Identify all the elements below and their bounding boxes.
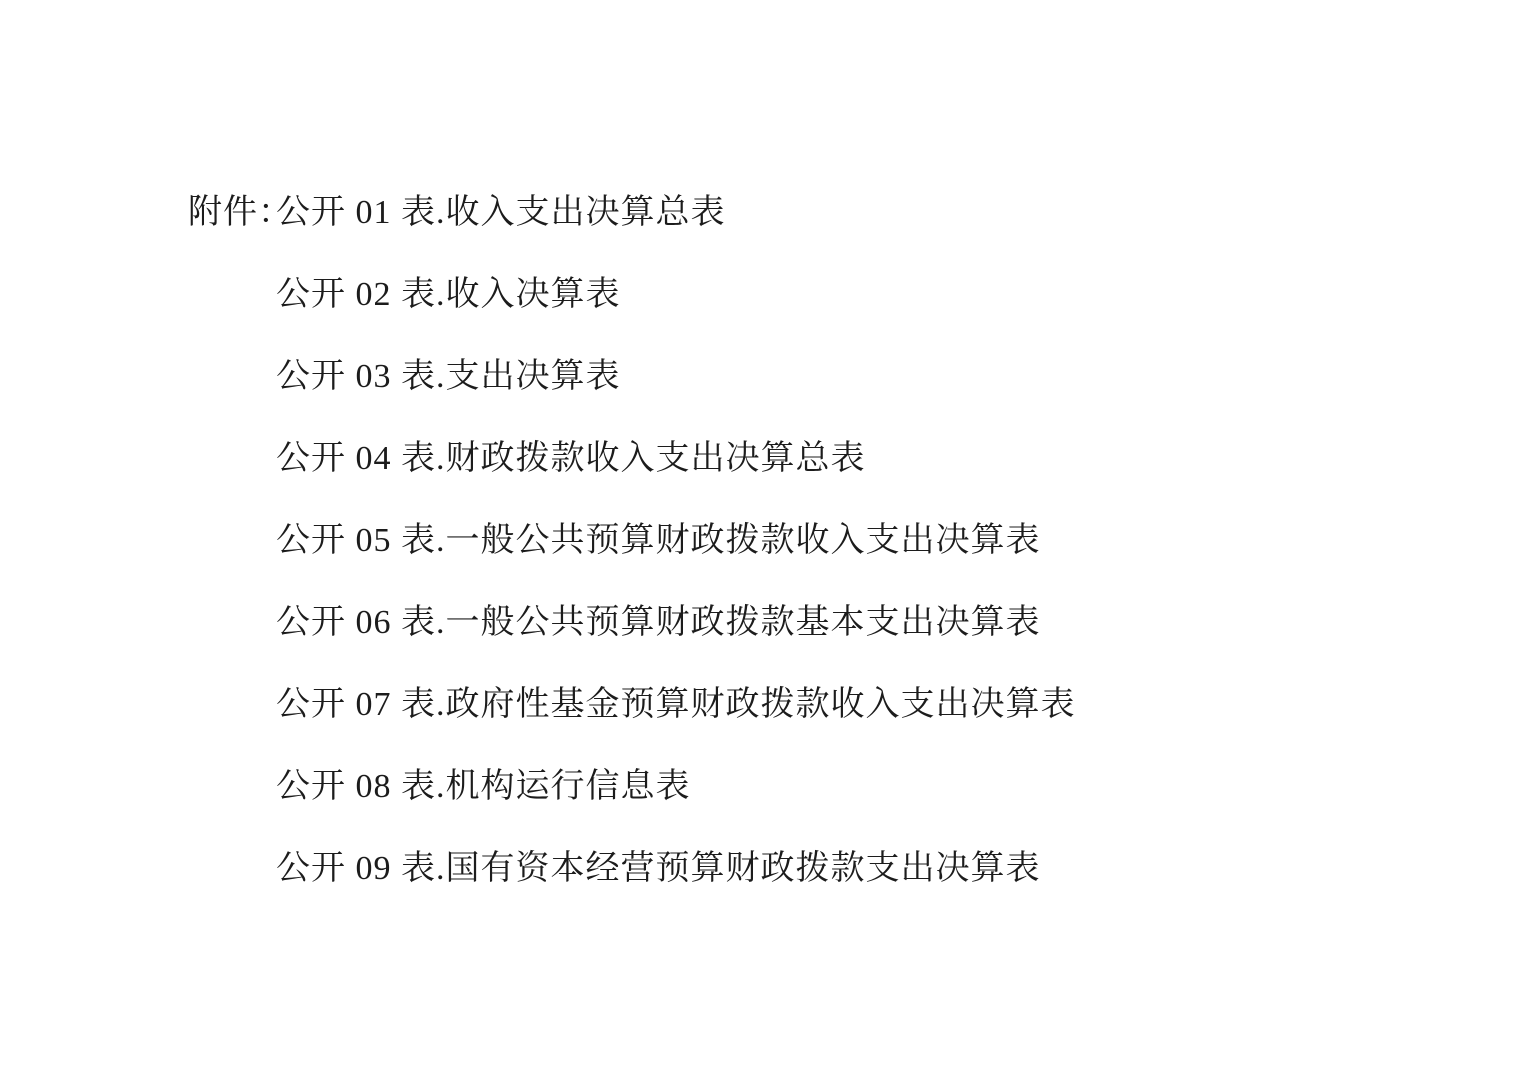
attachment-line-3: 公开 03 表.支出决算表	[188, 336, 1076, 418]
attachment-line-6: 公开 06 表.一般公共预算财政拨款基本支出决算表	[188, 582, 1076, 664]
document-page: 附件：公开 01 表.收入支出决算总表 公开 02 表.收入决算表 公开 03 …	[0, 0, 1520, 1074]
attachment-item-5: 公开 05 表.一般公共预算财政拨款收入支出决算表	[276, 522, 1041, 559]
attachment-item-3: 公开 03 表.支出决算表	[276, 358, 621, 395]
attachment-label: 附件：	[188, 172, 276, 254]
attachment-item-4: 公开 04 表.财政拨款收入支出决算总表	[276, 440, 866, 477]
attachment-line-5: 公开 05 表.一般公共预算财政拨款收入支出决算表	[188, 500, 1076, 582]
attachment-list: 附件：公开 01 表.收入支出决算总表 公开 02 表.收入决算表 公开 03 …	[188, 172, 1076, 910]
attachment-item-2: 公开 02 表.收入决算表	[276, 276, 621, 313]
attachment-item-9: 公开 09 表.国有资本经营预算财政拨款支出决算表	[276, 850, 1041, 887]
attachment-line-8: 公开 08 表.机构运行信息表	[188, 746, 1076, 828]
attachment-line-4: 公开 04 表.财政拨款收入支出决算总表	[188, 418, 1076, 500]
attachment-line-9: 公开 09 表.国有资本经营预算财政拨款支出决算表	[188, 828, 1076, 910]
attachment-item-6: 公开 06 表.一般公共预算财政拨款基本支出决算表	[276, 604, 1041, 641]
attachment-line-2: 公开 02 表.收入决算表	[188, 254, 1076, 336]
attachment-line-1: 附件：公开 01 表.收入支出决算总表	[188, 172, 1076, 254]
attachment-item-8: 公开 08 表.机构运行信息表	[276, 768, 691, 805]
attachment-item-1: 公开 01 表.收入支出决算总表	[276, 194, 726, 231]
attachment-line-7: 公开 07 表.政府性基金预算财政拨款收入支出决算表	[188, 664, 1076, 746]
attachment-item-7: 公开 07 表.政府性基金预算财政拨款收入支出决算表	[276, 686, 1076, 723]
